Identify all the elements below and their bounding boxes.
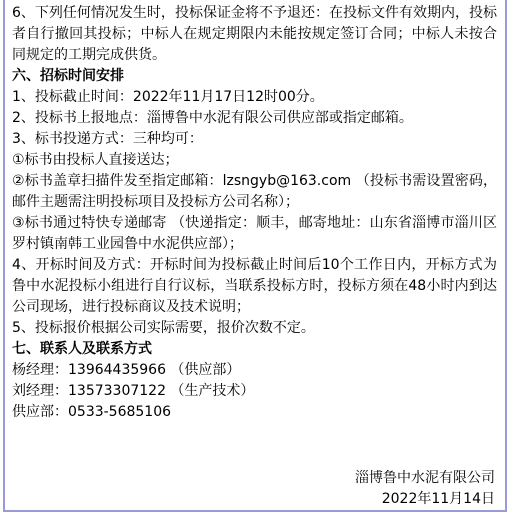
document-content: 6、下列任何情况发生时，投标保证金将不予退还：在投标文件有效期内，投标者自行撤回… (5, 0, 505, 423)
section-heading-6-schedule: 六、招标时间安排 (12, 66, 497, 87)
paragraph-delivery-method-3-express: ③标书通过特快专递邮寄 （快递指定：顺丰，邮寄地址：山东省淄博市淄川区罗村镇南韩… (12, 213, 497, 255)
paragraph-quotation-terms: 5、投标报价根据公司实际需要，报价次数不定。 (12, 318, 497, 339)
paragraph-contact-supply-dept: 供应部：0533-5685106 (12, 402, 497, 423)
paragraph-bid-opening: 4、开标时间及方式：开标时间为投标截止时间后10个工作日内，开标方式为鲁中水泥投… (12, 255, 497, 318)
paragraph-submission-location: 2、投标书上报地点：淄博鲁中水泥有限公司供应部或指定邮箱。 (12, 108, 497, 129)
paragraph-bid-deadline: 1、投标截止时间：2022年11月17日12时00分。 (12, 87, 497, 108)
section-heading-7-contacts: 七、联系人及联系方式 (12, 339, 497, 360)
signature-block: 淄博鲁中水泥有限公司 2022年11月14日 (5, 468, 505, 510)
paragraph-delivery-method-1: ①标书由投标人直接送达； (12, 150, 497, 171)
paragraph-delivery-methods: 3、标书投递方式：三种均可： (12, 129, 497, 150)
paragraph-contact-yang: 杨经理：13964435966 （供应部） (12, 360, 497, 381)
paragraph-clause-6-refund-terms: 6、下列任何情况发生时，投标保证金将不予退还：在投标文件有效期内，投标者自行撤回… (12, 3, 497, 66)
document-page: 6、下列任何情况发生时，投标保证金将不予退还：在投标文件有效期内，投标者自行撤回… (3, 0, 507, 512)
signature-company: 淄博鲁中水泥有限公司 (5, 468, 495, 489)
paragraph-delivery-method-2-email: ②标书盖章扫描件发至指定邮箱：lzsngyb@163.com （投标书需设置密码… (12, 171, 497, 213)
signature-date: 2022年11月14日 (5, 489, 495, 510)
paragraph-contact-liu: 刘经理：13573307122 （生产技术） (12, 381, 497, 402)
